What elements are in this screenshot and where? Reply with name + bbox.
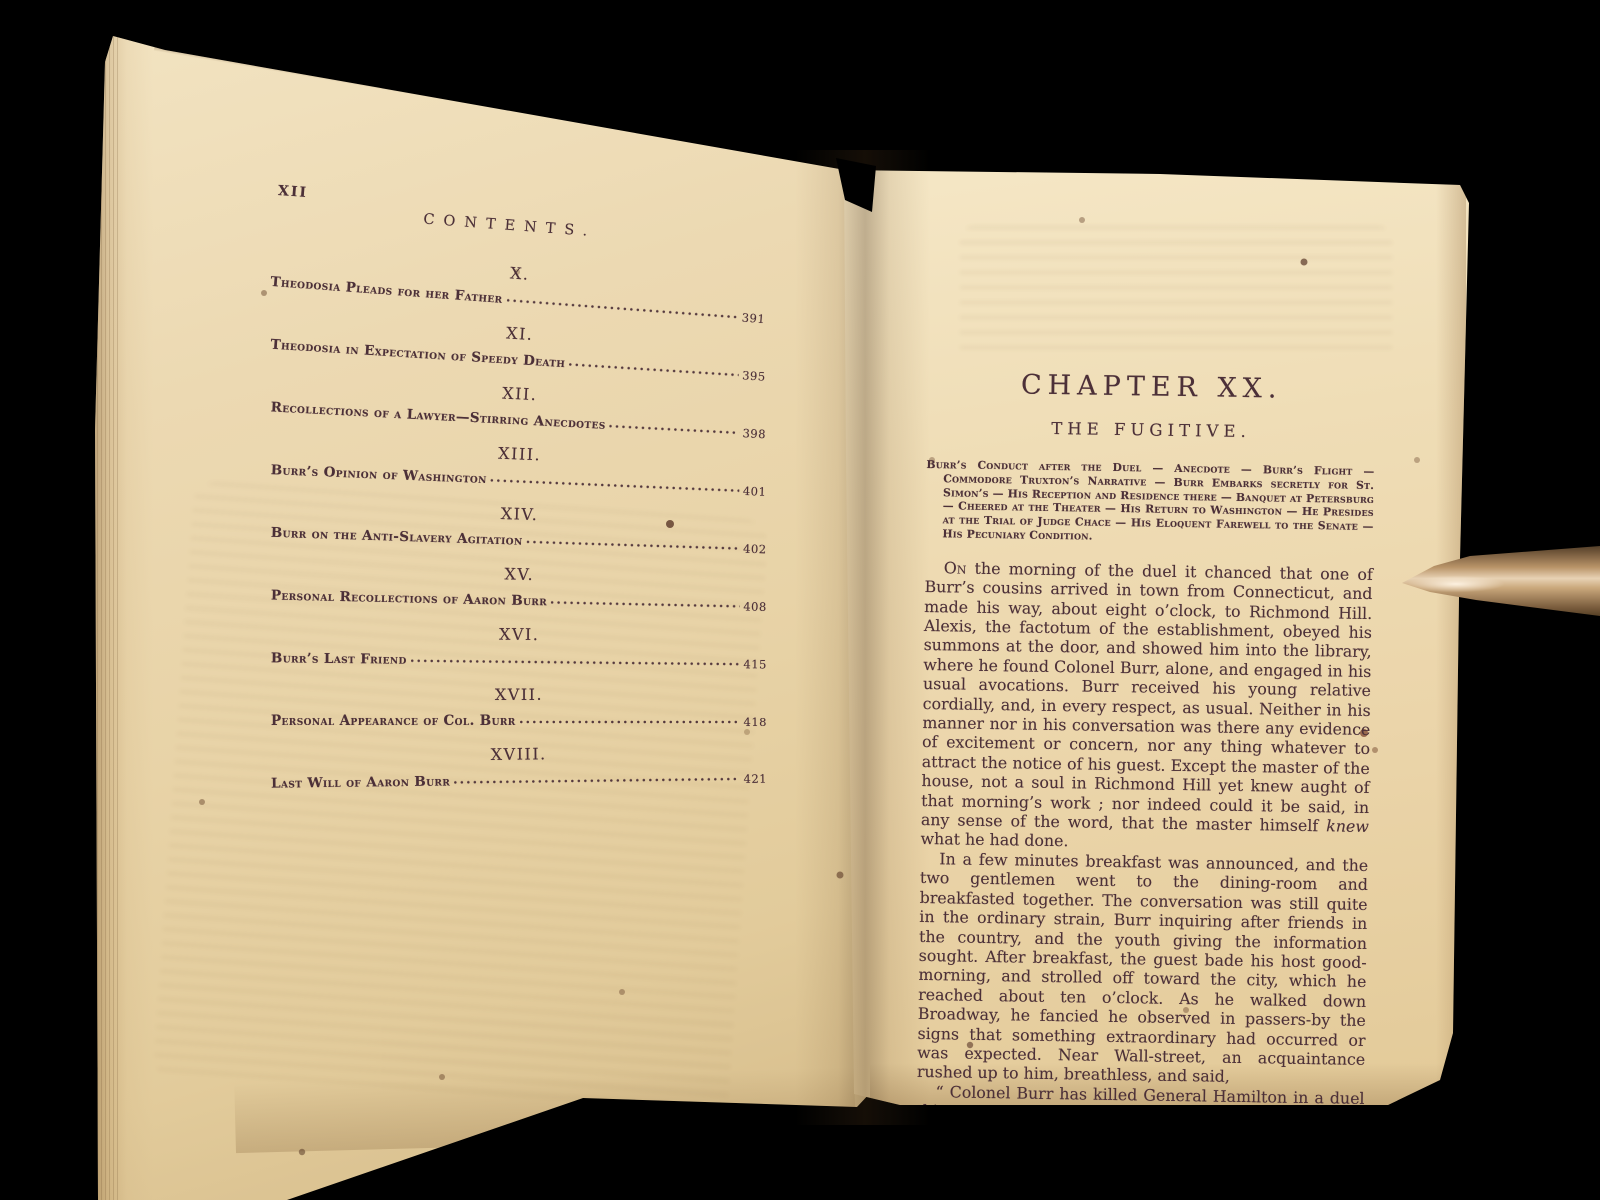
entry-title: Burr on the Anti-Slavery Agitation — [271, 525, 523, 549]
paragraph-text: the morning of the duel it chanced that … — [921, 558, 1373, 835]
page-right-edge-shade — [1436, 182, 1466, 1092]
entry-title: Personal Appearance of Col. Burr — [271, 713, 516, 729]
dot-leader — [551, 598, 739, 610]
dot-leader — [520, 718, 740, 726]
body-paragraph: “ Colonel Burr has killed General Hamilt… — [916, 1082, 1365, 1128]
dot-leader — [491, 476, 739, 494]
dot-leader — [526, 538, 739, 553]
entry-numeral: XVI. — [271, 622, 767, 646]
body-paragraph: On the morning of the duel it chanced th… — [920, 558, 1373, 856]
chapter-block: CHAPTER XX. THE FUGITIVE. Burr’s Conduct… — [916, 368, 1376, 1128]
paragraph-text: what he had done. — [920, 829, 1068, 850]
dot-leader — [609, 422, 738, 437]
entry-title: Last Will of Aaron Burr — [271, 773, 450, 791]
entry-page-number: 421 — [743, 772, 767, 786]
entry-page-number: 401 — [743, 484, 767, 499]
entry-page-number: 408 — [743, 599, 767, 613]
contents-entry: XVII. Personal Appearance of Col. Burr 4… — [245, 685, 775, 748]
chapter-title: THE FUGITIVE. — [927, 417, 1375, 443]
entry-page-number: 418 — [744, 715, 767, 729]
entry-page-number: 398 — [742, 426, 766, 441]
page-edge-lines — [97, 30, 119, 1200]
dot-leader — [569, 360, 738, 379]
contents-block: XII CONTENTS. X. Theodosia Pleads for he… — [245, 178, 775, 811]
contents-entry: XVI. Burr’s Last Friend 415 — [245, 622, 776, 691]
book-photo: XII CONTENTS. X. Theodosia Pleads for he… — [0, 0, 1600, 1200]
entry-page-number: 395 — [742, 368, 766, 383]
chapter-heading: CHAPTER XX. — [928, 368, 1376, 406]
entry-title: Burr’s Opinion of Washington — [270, 462, 487, 487]
entry-page-number: 391 — [741, 311, 765, 327]
entry-page-number: 402 — [743, 542, 767, 557]
foxing-spots — [95, 30, 99, 34]
dot-leader — [506, 296, 738, 321]
dot-leader — [411, 657, 740, 668]
entry-numeral: XVII. — [271, 685, 767, 704]
page-folio: XII — [277, 183, 308, 201]
entry-page-number: 415 — [743, 657, 767, 671]
paragraph-lead: On — [944, 558, 967, 577]
contents-entries: X. Theodosia Pleads for her Father 391 X… — [245, 244, 775, 811]
italic-word: knew — [1326, 816, 1369, 836]
dot-leader — [454, 775, 739, 786]
entry-title: Burr’s Last Friend — [271, 650, 407, 667]
show-through-text — [960, 226, 1392, 361]
page-top-edge-shade — [154, 44, 850, 168]
entry-title: Personal Recollections of Aaron Burr — [271, 588, 548, 610]
right-page: CHAPTER XX. THE FUGITIVE. Burr’s Conduct… — [840, 158, 1600, 1120]
body-paragraph: In a few minutes breakfast was announced… — [917, 849, 1369, 1089]
contents-entry: XVIII. Last Will of Aaron Burr 421 — [245, 742, 776, 811]
left-page: XII CONTENTS. X. Theodosia Pleads for he… — [95, 30, 870, 1200]
chapter-summary: Burr’s Conduct after the Duel — Anecdote… — [925, 458, 1374, 548]
